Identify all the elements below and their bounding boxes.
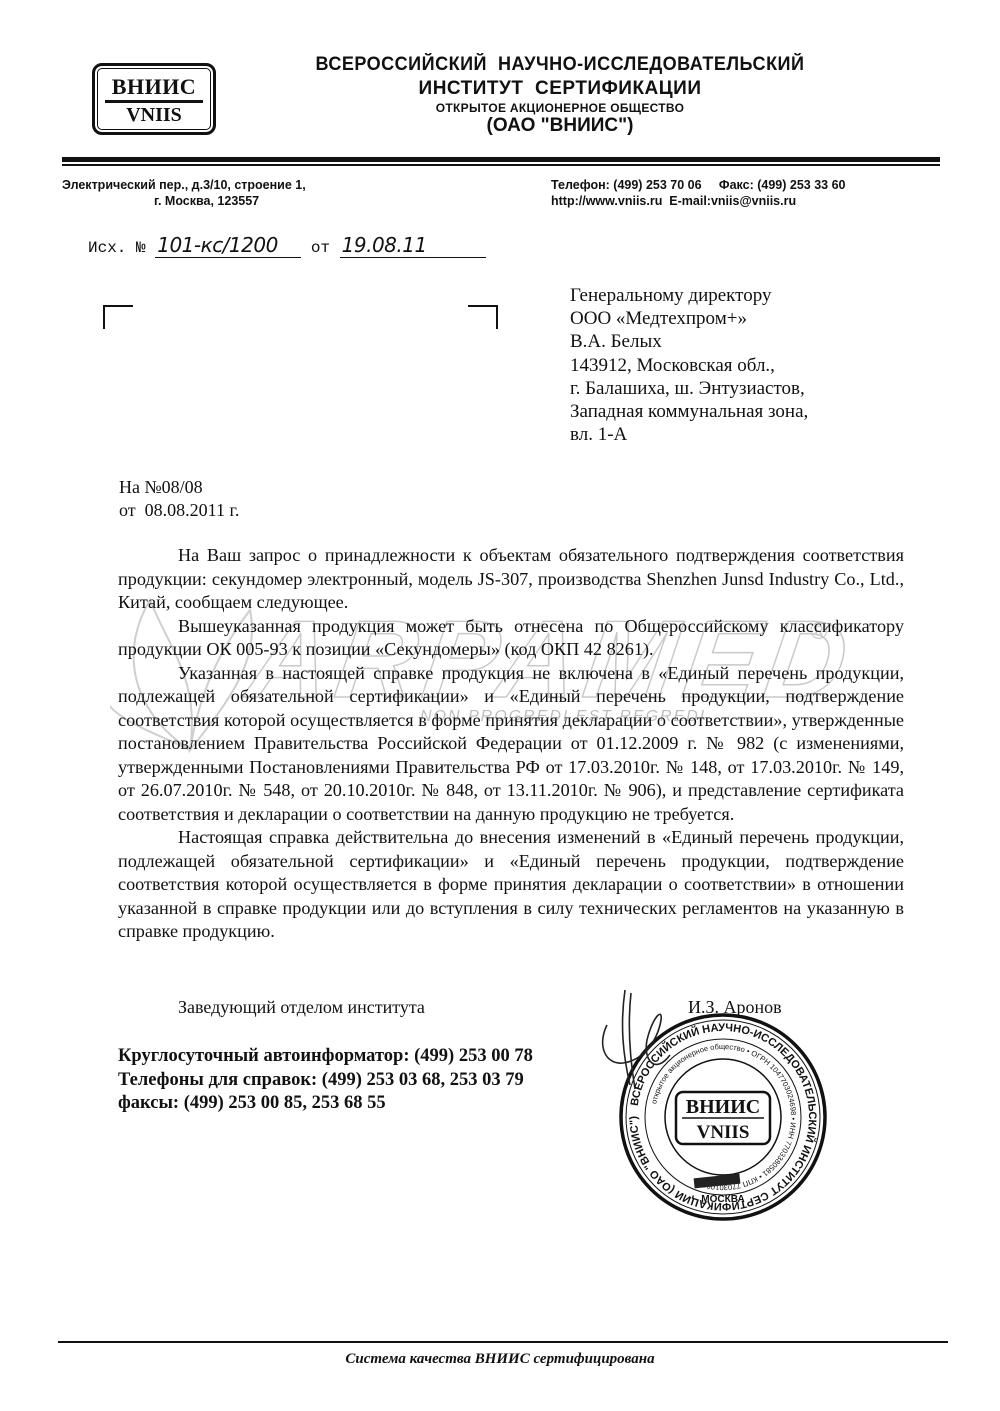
outgoing-number: 101-кс/1200: [155, 233, 301, 258]
stamp-center-bottom: VNIIS: [697, 1122, 750, 1143]
footer-rule: [58, 1341, 948, 1343]
header-rule-thick: [62, 157, 940, 162]
incoming-date: от 08.08.2011 г.: [119, 499, 239, 522]
logo-top-text: ВНИИС: [95, 74, 213, 100]
header-rule-thin: [62, 164, 940, 166]
vniis-logo: ВНИИС VNIIS: [92, 63, 216, 135]
institute-name-line2: ИНСТИТУТ СЕРТИФИКАЦИИ: [240, 78, 880, 100]
recipient-line: г. Балашиха, ш. Энтузиастов,: [570, 377, 808, 400]
outgoing-reference: Исх. № 101-кс/1200 от 19.08.11: [88, 233, 486, 258]
institute-name-line1: ВСЕРОССИЙСКИЙ НАУЧНО-ИССЛЕДОВАТЕЛЬСКИЙ: [256, 54, 864, 76]
inquiry-phones: Телефоны для справок: (499) 253 03 68, 2…: [118, 1069, 533, 1093]
recipient-block: Генеральному директору ООО «Медтехпром+»…: [570, 284, 808, 446]
recipient-line: Западная коммунальная зона,: [570, 400, 808, 423]
recipient-line: ООО «Медтехпром+»: [570, 307, 808, 330]
body-paragraph: Настоящая справка действительна до внесе…: [118, 826, 904, 944]
body-paragraph: Вышеуказанная продукция может быть отнес…: [118, 615, 904, 662]
web-email: http://www.vniis.ru E-mail:vniis@vniis.r…: [551, 193, 951, 209]
address-line-2: г. Москва, 123557: [62, 193, 362, 209]
incoming-number: На №08/08: [119, 476, 239, 499]
signer-position: Заведующий отделом института: [178, 997, 425, 1018]
reference-contacts: Круглосуточный автоинформатор: (499) 253…: [118, 1045, 533, 1116]
contact-info: Телефон: (499) 253 70 06 Факс: (499) 253…: [551, 177, 951, 209]
body-paragraph: Указанная в настоящей справке продукция …: [118, 662, 904, 827]
corner-bracket-right: [468, 305, 498, 329]
recipient-line: Генеральному директору: [570, 284, 808, 307]
logo-divider: [105, 100, 203, 103]
logo-bottom-text: VNIIS: [95, 104, 213, 127]
recipient-line: В.А. Белых: [570, 330, 808, 353]
company-short-name: (ОАО "ВНИИС"): [240, 115, 880, 137]
incoming-reference: На №08/08 от 08.08.2011 г.: [119, 476, 239, 522]
letter-body: На Ваш запрос о принадлежности к объекта…: [118, 544, 904, 944]
stamp-city: МОСКВА: [701, 1194, 744, 1205]
company-type: ОТКРЫТОЕ АКЦИОНЕРНОЕ ОБЩЕСТВО: [240, 101, 880, 115]
recipient-line: вл. 1-А: [570, 423, 808, 446]
fax-numbers: факсы: (499) 253 00 85, 253 68 55: [118, 1092, 533, 1116]
autoinformer-phone: Круглосуточный автоинформатор: (499) 253…: [118, 1045, 533, 1069]
recipient-line: 143912, Московская обл.,: [570, 354, 808, 377]
quality-certification-note: Система качества ВНИИС сертифицирована: [0, 1351, 1000, 1368]
outgoing-label: Исх. №: [88, 239, 146, 257]
postal-address: Электрический пер., д.3/10, строение 1, …: [62, 177, 362, 209]
body-paragraph: На Ваш запрос о принадлежности к объекта…: [118, 544, 904, 615]
handwritten-signature: [595, 985, 715, 1095]
address-line-1: Электрический пер., д.3/10, строение 1,: [62, 177, 362, 193]
phone-fax: Телефон: (499) 253 70 06 Факс: (499) 253…: [551, 177, 951, 193]
outgoing-date-label: от: [311, 239, 330, 257]
outgoing-date: 19.08.11: [340, 233, 486, 258]
corner-bracket-left: [103, 305, 133, 329]
signature-scribble-icon: [595, 985, 715, 1095]
stamp-center-top: ВНИИС: [686, 1096, 760, 1118]
